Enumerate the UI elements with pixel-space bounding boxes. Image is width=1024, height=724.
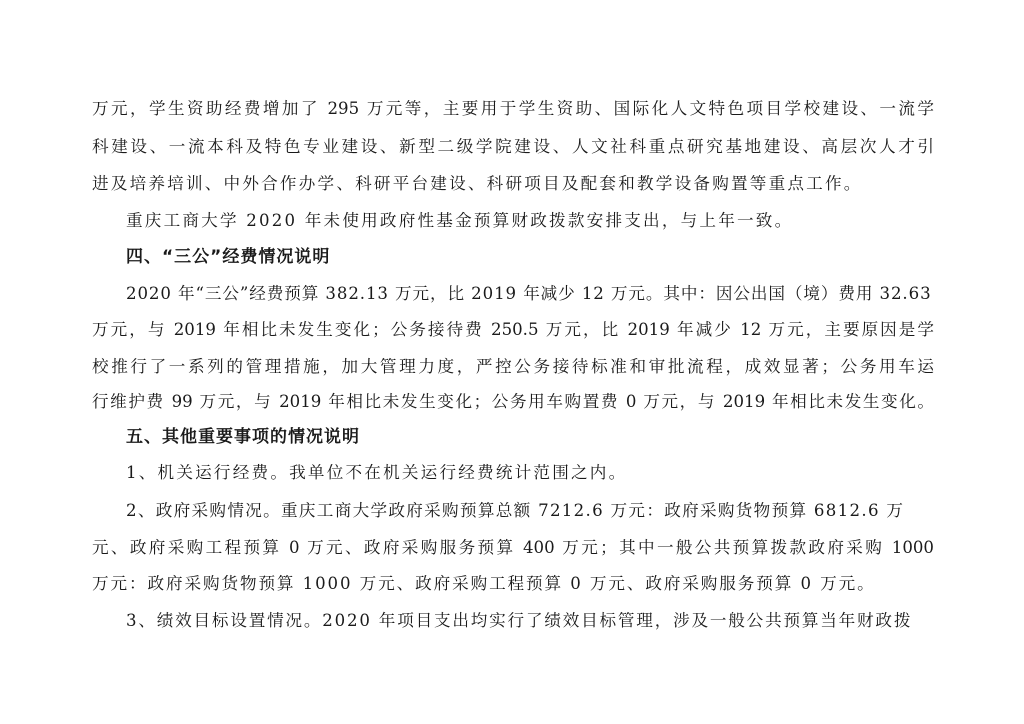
body-text-line: 校推行了一系列的管理措施，加大管理力度，严控公务接待标准和审批流程，成效显著；公…: [92, 357, 934, 377]
body-text-line: 进及培养培训、中外合作办学、科研平台建设、科研项目及配套和教学设备购置等重点工作…: [92, 174, 863, 194]
body-text-line: 万元：政府采购货物预算 1000 万元、政府采购工程预算 0 万元、政府采购服务…: [92, 574, 876, 594]
body-text-line: 2、政府采购情况。重庆工商大学政府采购预算总额 7212.6 万元：政府采购货物…: [126, 501, 904, 521]
body-text-line: 元、政府采购工程预算 0 万元、政府采购服务预算 400 万元；其中一般公共预算…: [92, 538, 934, 558]
body-text-line: 3、绩效目标设置情况。2020 年项目支出均实行了绩效目标管理，涉及一般公共预算…: [126, 611, 912, 631]
body-text-line: 万元，与 2019 年相比未发生变化；公务接待费 250.5 万元，比 2019…: [92, 320, 934, 340]
body-text-line: 万元，学生资助经费增加了 295 万元等，主要用于学生资助、国际化人文特色项目学…: [92, 99, 934, 119]
body-text-line: 2020 年“三公”经费预算 382.13 万元，比 2019 年减少 12 万…: [126, 284, 932, 304]
section-heading: 四、“三公”经费情况说明: [126, 247, 330, 267]
body-text-line: 1、机关运行经费。我单位不在机关运行经费统计范围之内。: [126, 463, 627, 483]
section-heading: 五、其他重要事项的情况说明: [126, 427, 360, 447]
body-text-line: 行维护费 99 万元，与 2019 年相比未发生变化；公务用车购置费 0 万元，…: [92, 392, 934, 412]
body-text-line: 科建设、一流本科及特色专业建设、新型二级学院建设、人文社科重点研究基地建设、高层…: [92, 137, 934, 157]
body-text-line: 重庆工商大学 2020 年未使用政府性基金预算财政拨款安排支出，与上年一致。: [126, 211, 793, 231]
